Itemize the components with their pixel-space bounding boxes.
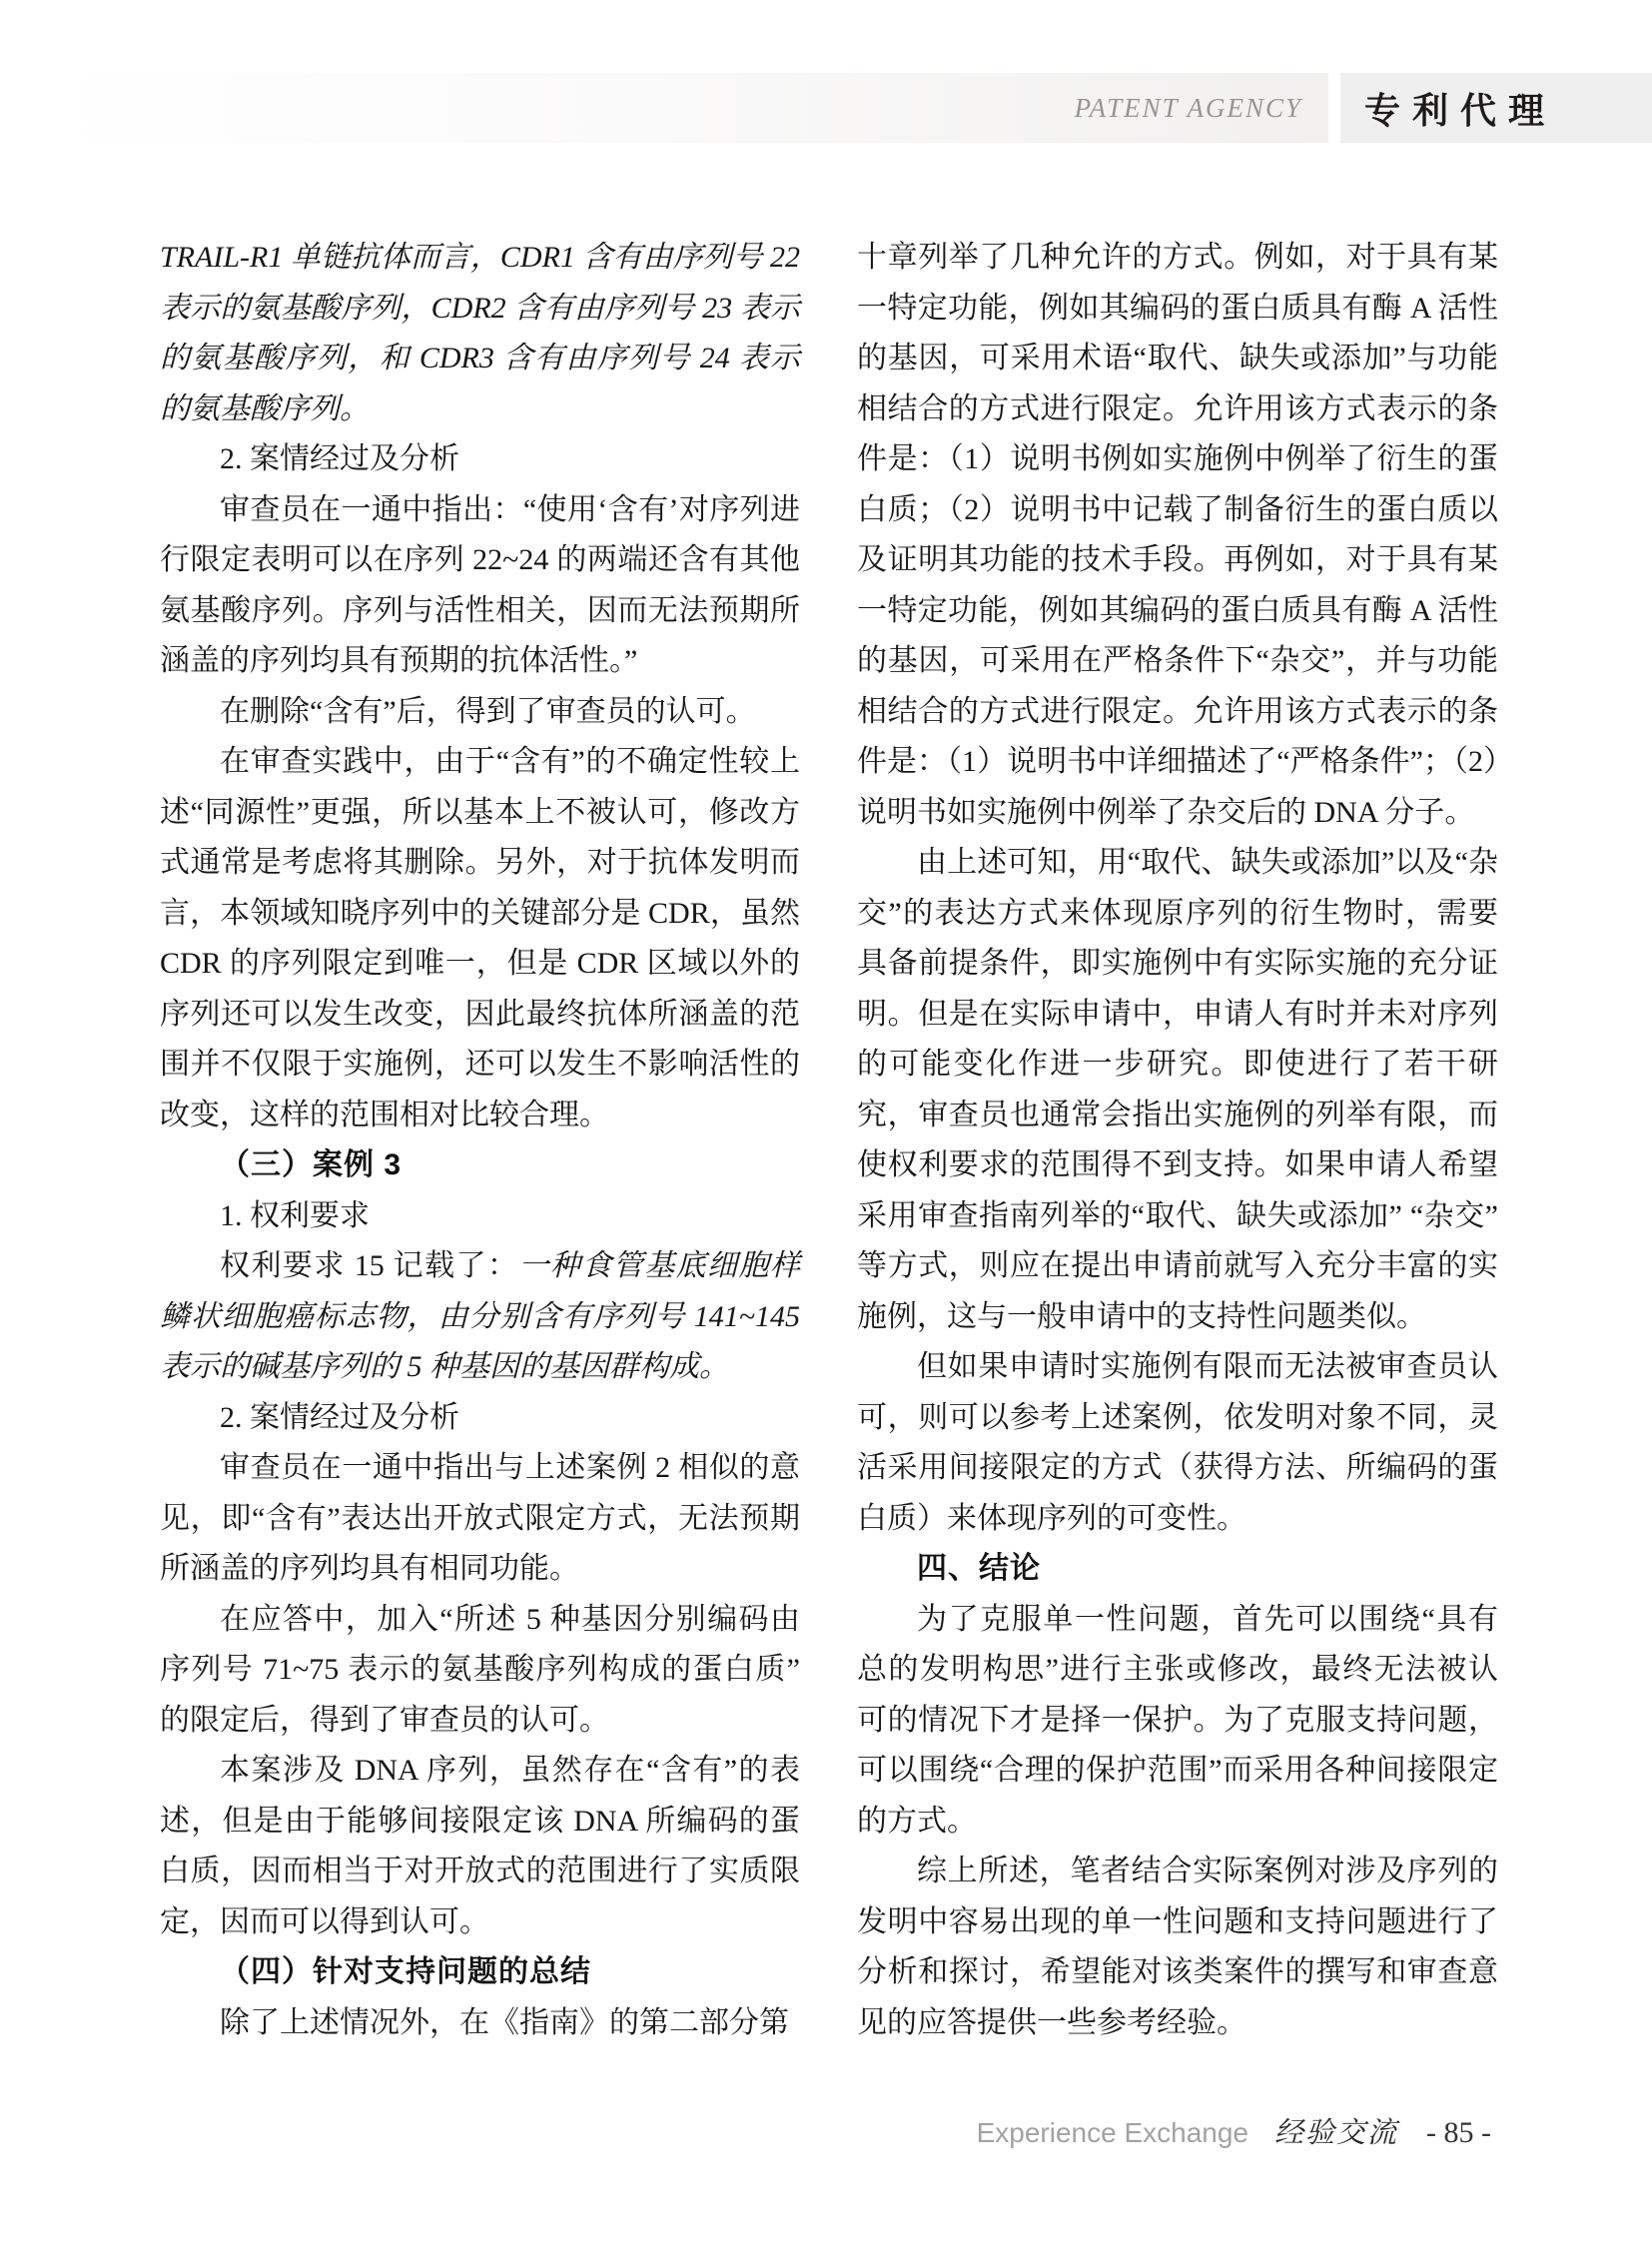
- paragraph: 但如果申请时实施例有限而无法被审查员认可，则可以参考上述案例，依发明对象不同，灵…: [857, 1342, 1498, 1544]
- journal-page: { "header": { "journal_name_en": "PATENT…: [0, 0, 1652, 2242]
- article-column-right: 十章列举了几种允许的方式。例如，对于具有某一特定功能，例如其编码的蛋白质具有酶 …: [857, 233, 1498, 2048]
- body-text: 审查员在一通中指出与上述案例 2 相似的意见，即“含有”表达出开放式限定方式，无…: [160, 1451, 800, 1585]
- body-text: 1. 权利要求: [220, 1199, 370, 1232]
- body-text: 权利要求 15 记载了：: [220, 1249, 518, 1282]
- journal-name-en: PATENT AGENCY: [1075, 93, 1302, 124]
- paragraph: 在审查实践中，由于“含有”的不确定性较上述“同源性”更强，所以基本上不被认可，修…: [160, 737, 800, 1140]
- paragraph: 1. 权利要求: [160, 1191, 800, 1242]
- body-text: 由上述可知，用“取代、缺失或添加”以及“杂交”的表达方式来体现原序列的衍生物时，…: [857, 846, 1498, 1333]
- body-text: 除了上述情况外，在《指南》的第二部分第: [220, 2006, 789, 2039]
- paragraph: 为了克服单一性问题，首先可以围绕“具有总的发明构思”进行主张或修改，最终无法被认…: [857, 1595, 1498, 1848]
- body-text: 审查员在一通中指出：“使用‘含有’对序列进行限定表明可以在序列 22~24 的两…: [160, 493, 800, 678]
- paragraph: 审查员在一通中指出：“使用‘含有’对序列进行限定表明可以在序列 22~24 的两…: [160, 485, 800, 687]
- paragraph: 本案涉及 DNA 序列，虽然存在“含有”的表述，但是由于能够间接限定该 DNA …: [160, 1746, 800, 1947]
- body-text: 十章列举了几种允许的方式。例如，对于具有某一特定功能，例如其编码的蛋白质具有酶 …: [857, 241, 1498, 829]
- paragraph: TRAIL-R1 单链抗体而言，CDR1 含有由序列号 22 表示的氨基酸序列，…: [160, 233, 800, 434]
- section-heading: （三）案例 3: [160, 1140, 800, 1191]
- body-text: 四、结论: [917, 1552, 1041, 1585]
- page-footer: Experience Exchange 经验交流 - 85 -: [977, 2110, 1491, 2150]
- article-column-left: TRAIL-R1 单链抗体而言，CDR1 含有由序列号 22 表示的氨基酸序列，…: [160, 233, 800, 2048]
- paragraph: 在删除“含有”后，得到了审查员的认可。: [160, 687, 800, 738]
- paragraph: 权利要求 15 记载了：一种食管基底细胞样鳞状细胞癌标志物，由分别含有序列号 1…: [160, 1241, 800, 1393]
- header-band-right: 专利代理: [1340, 73, 1652, 143]
- header-band-left: PATENT AGENCY: [40, 73, 1328, 143]
- body-text: 综上所述，笔者结合实际案例对涉及序列的发明中容易出现的单一性问题和支持问题进行了…: [857, 1855, 1498, 2039]
- body-text: （四）针对支持问题的总结: [220, 1955, 591, 1988]
- body-text: （三）案例 3: [220, 1148, 402, 1181]
- body-text: 为了克服单一性问题，首先可以围绕“具有总的发明构思”进行主张或修改，最终无法被认…: [857, 1603, 1498, 1838]
- body-text: 在审查实践中，由于“含有”的不确定性较上述“同源性”更强，所以基本上不被认可，修…: [160, 745, 800, 1131]
- section-heading: （四）针对支持问题的总结: [160, 1947, 800, 1998]
- paragraph: 综上所述，笔者结合实际案例对涉及序列的发明中容易出现的单一性问题和支持问题进行了…: [857, 1847, 1498, 2048]
- paragraph: 除了上述情况外，在《指南》的第二部分第: [160, 1998, 800, 2049]
- paragraph: 在应答中，加入“所述 5 种基因分别编码由序列号 71~75 表示的氨基酸序列构…: [160, 1595, 800, 1747]
- paragraph: 2. 案情经过及分析: [160, 434, 800, 485]
- body-text: 在删除“含有”后，得到了审查员的认可。: [220, 695, 756, 728]
- paragraph: 2. 案情经过及分析: [160, 1393, 800, 1444]
- paragraph: 审查员在一通中指出与上述案例 2 相似的意见，即“含有”表达出开放式限定方式，无…: [160, 1443, 800, 1595]
- footer-section-en: Experience Exchange: [977, 2117, 1248, 2149]
- paragraph: 由上述可知，用“取代、缺失或添加”以及“杂交”的表达方式来体现原序列的衍生物时，…: [857, 838, 1498, 1342]
- paragraph: 十章列举了几种允许的方式。例如，对于具有某一特定功能，例如其编码的蛋白质具有酶 …: [857, 233, 1498, 838]
- footer-section-zh: 经验交流: [1274, 2110, 1398, 2151]
- body-text: 在应答中，加入“所述 5 种基因分别编码由序列号 71~75 表示的氨基酸序列构…: [160, 1603, 800, 1737]
- body-text: 本案涉及 DNA 序列，虽然存在“含有”的表述，但是由于能够间接限定该 DNA …: [160, 1754, 800, 1938]
- claim-quote-text: TRAIL-R1 单链抗体而言，CDR1 含有由序列号 22 表示的氨基酸序列，…: [160, 241, 800, 425]
- body-text: 但如果申请时实施例有限而无法被审查员认可，则可以参考上述案例，依发明对象不同，灵…: [857, 1350, 1498, 1535]
- body-text: 2. 案情经过及分析: [220, 1401, 459, 1434]
- footer-page-number: - 85 -: [1426, 2116, 1491, 2150]
- journal-name-zh: 专利代理: [1364, 83, 1556, 134]
- body-text: 2. 案情经过及分析: [220, 442, 459, 475]
- section-heading: 四、结论: [857, 1544, 1498, 1595]
